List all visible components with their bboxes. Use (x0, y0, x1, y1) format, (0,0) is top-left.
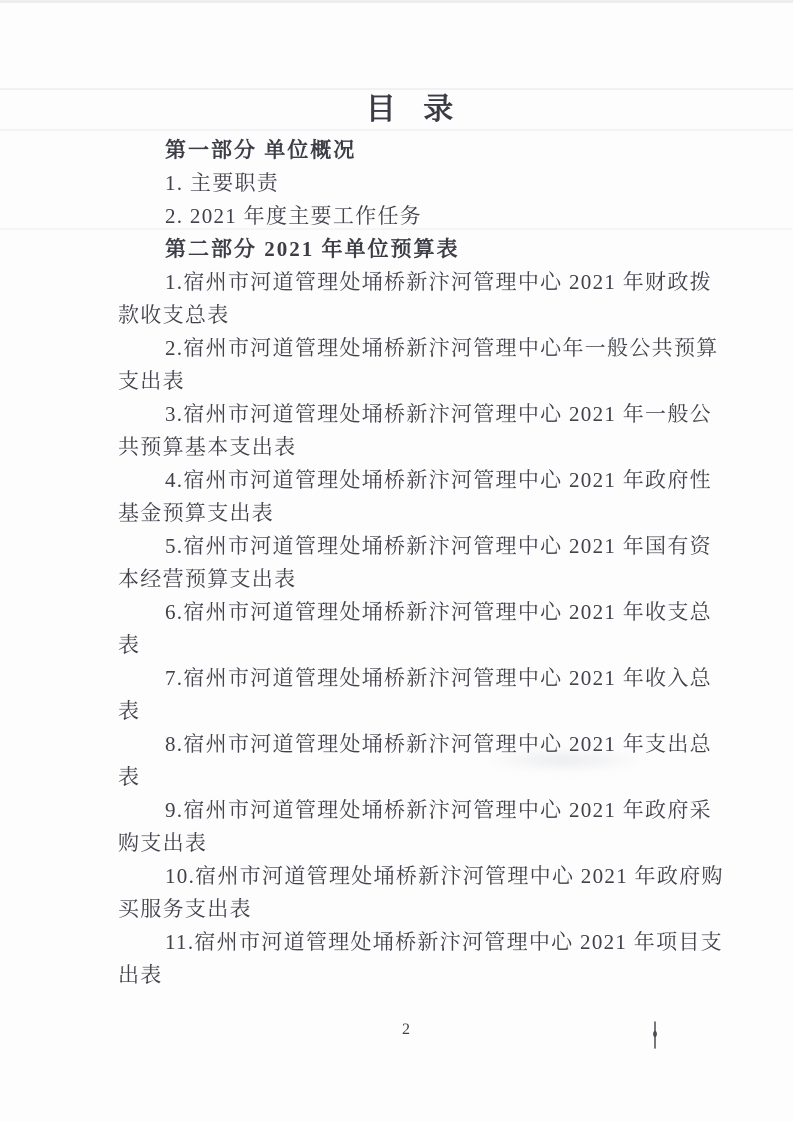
page-number: 2 (402, 1020, 410, 1040)
toc-entry-wrap: 支出表 (118, 365, 793, 398)
toc-entry: 4.宿州市河道管理处埇桥新汴河管理中心 2021 年政府性 (118, 464, 793, 497)
section-heading-part2: 第二部分 2021 年单位预算表 (118, 233, 793, 266)
toc-entry-wrap: 款收支总表 (118, 299, 793, 332)
toc-entry: 9.宿州市河道管理处埇桥新汴河管理中心 2021 年政府采 (118, 794, 793, 827)
toc-entry-wrap: 基金预算支出表 (118, 497, 793, 530)
toc-entry: 7.宿州市河道管理处埇桥新汴河管理中心 2021 年收入总 (118, 662, 793, 695)
toc-entry-wrap: 本经营预算支出表 (118, 563, 793, 596)
toc-entry-wrap: 买服务支出表 (118, 893, 793, 926)
scan-artifact (0, 0, 793, 3)
toc-entry: 5.宿州市河道管理处埇桥新汴河管理中心 2021 年国有资 (118, 530, 793, 563)
table-of-contents: 第一部分 单位概况 1. 主要职责 2. 2021 年度主要工作任务 第二部分 … (0, 134, 793, 992)
pen-mark (650, 1021, 660, 1051)
toc-entry-wrap: 表 (118, 629, 793, 662)
toc-entry: 11.宿州市河道管理处埇桥新汴河管理中心 2021 年项目支 (118, 926, 793, 959)
section-heading-part1: 第一部分 单位概况 (118, 134, 793, 167)
toc-entry: 1.宿州市河道管理处埇桥新汴河管理中心 2021 年财政拨 (118, 266, 793, 299)
toc-entry: 1. 主要职责 (118, 167, 793, 200)
toc-entry-wrap: 表 (118, 695, 793, 728)
document-page: 目 录 第一部分 单位概况 1. 主要职责 2. 2021 年度主要工作任务 第… (0, 0, 793, 1122)
page-title: 目 录 (18, 92, 793, 128)
toc-entry: 8.宿州市河道管理处埇桥新汴河管理中心 2021 年支出总 (118, 728, 793, 761)
toc-entry: 10.宿州市河道管理处埇桥新汴河管理中心 2021 年政府购 (118, 860, 793, 893)
toc-entry-wrap: 表 (118, 761, 793, 794)
toc-entry: 2. 2021 年度主要工作任务 (118, 200, 793, 233)
scan-artifact (0, 129, 793, 131)
toc-entry-wrap: 共预算基本支出表 (118, 431, 793, 464)
toc-entry: 6.宿州市河道管理处埇桥新汴河管理中心 2021 年收支总 (118, 596, 793, 629)
toc-entry-wrap: 购支出表 (118, 827, 793, 860)
toc-entry: 2.宿州市河道管理处埇桥新汴河管理中心年一般公共预算 (118, 332, 793, 365)
scan-artifact (0, 88, 793, 90)
toc-entry: 3.宿州市河道管理处埇桥新汴河管理中心 2021 年一般公 (118, 398, 793, 431)
toc-entry-wrap: 出表 (118, 959, 793, 992)
